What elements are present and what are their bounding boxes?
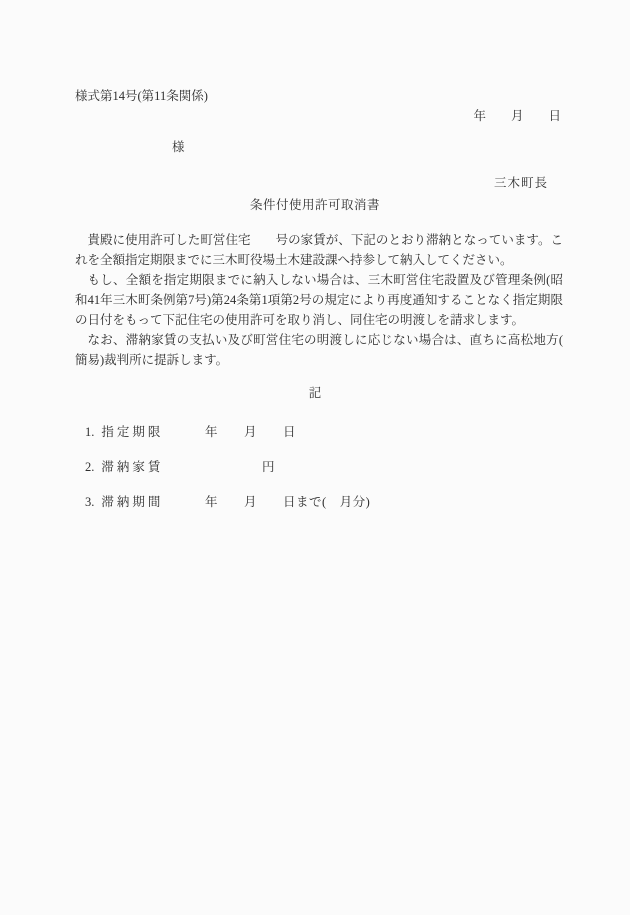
list-item-overdue-rent: 2.滞納家賃 円 xyxy=(85,457,630,477)
sender-name: 三木町長 xyxy=(0,173,630,193)
item-number: 2. xyxy=(85,457,94,477)
addressee-honorific: 様 xyxy=(172,137,630,157)
item-list: 1.指定期限 年 月 日 2.滞納家賃 円 3.滞納期間 年 月 日まで( 月分… xyxy=(85,422,630,512)
item-value-blank-date: 年 月 日 xyxy=(205,422,296,442)
form-number: 様式第14号(第11条関係) xyxy=(75,0,630,106)
paragraph-lawsuit-warning: なお、滞納家賃の支払い及び町営住宅の明渡しに応じない場合は、直ちに高松地方(簡易… xyxy=(75,330,563,370)
date-line: 年 月 日 xyxy=(0,106,630,126)
list-item-designated-deadline: 1.指定期限 年 月 日 xyxy=(85,422,630,442)
document-title: 条件付使用許可取消書 xyxy=(0,195,630,215)
item-label: 滞納期間 xyxy=(101,495,163,509)
paragraph-cancellation-warning: もし、全額を指定期限までに納入しない場合は、三木町営住宅設置及び管理条例(昭和4… xyxy=(75,270,563,330)
item-number: 1. xyxy=(85,422,94,442)
item-label: 滞納家賃 xyxy=(101,460,163,474)
item-value-blank-amount: 円 xyxy=(262,457,275,477)
item-value-blank-period: 年 月 日まで( 月分) xyxy=(205,492,370,512)
item-number: 3. xyxy=(85,492,94,512)
paragraph-rent-arrears-notice: 貴殿に使用許可した町営住宅 号の家賃が、下記のとおり滞納となっています。これを全… xyxy=(75,230,563,270)
item-label: 指定期限 xyxy=(101,425,163,439)
list-item-overdue-period: 3.滞納期間 年 月 日まで( 月分) xyxy=(85,492,630,512)
document-page: 様式第14号(第11条関係) 年 月 日 様 三木町長 条件付使用許可取消書 貴… xyxy=(0,0,630,915)
body-paragraphs: 貴殿に使用許可した町営住宅 号の家賃が、下記のとおり滞納となっています。これを全… xyxy=(75,230,563,370)
record-heading: 記 xyxy=(0,383,630,403)
